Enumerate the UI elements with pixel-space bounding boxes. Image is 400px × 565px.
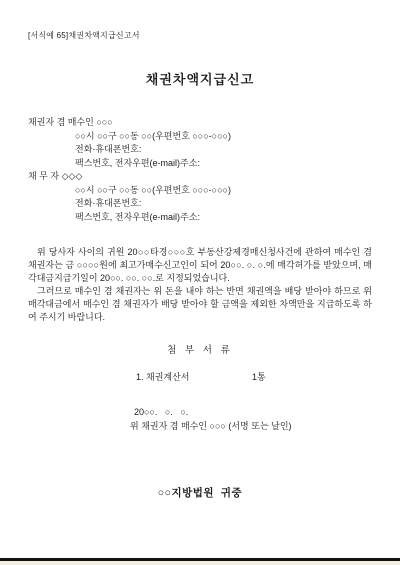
scanned-page-bottom-edge: [0, 558, 400, 565]
form-number-note: [서식예 65]채권차액지급신고서: [28, 30, 372, 41]
document-title: 채권차액지급신고: [28, 69, 372, 88]
party-role-line: 채 무 자 ◇◇◇: [28, 170, 372, 184]
court-addressee: ○○지방법원 귀중: [28, 485, 372, 500]
closing-section: 20○○. ○. ○. 위 채권자 겸 매수인 ○○○ (서명 또는 날인): [28, 405, 372, 433]
party-phone-line: 전화·휴대폰번호:: [75, 143, 372, 157]
party-phone-line: 전화·휴대폰번호:: [75, 197, 372, 211]
party-address: ○○시 ○○구 ○○동 ○○(우편번호 ○○○-○○○): [75, 184, 372, 198]
closing-signer: 위 채권자 겸 매수인 ○○○ (서명 또는 날인): [130, 419, 372, 433]
attachment-count: 1통: [252, 372, 266, 382]
attachment-item: 1. 채권계산서1통: [136, 370, 372, 383]
document-page: [서식예 65]채권차액지급신고서 채권차액지급신고 채권자 겸 매수인 ○○○…: [0, 0, 400, 565]
party-debtor: 채 무 자 ◇◇◇ ○○시 ○○구 ○○동 ○○(우편번호 ○○○-○○○) 전…: [28, 170, 372, 224]
party-role: 채권자 겸 매수인: [28, 117, 94, 127]
party-fax-email-line: 팩스번호, 전자우편(e-mail)주소:: [75, 157, 372, 171]
party-role-line: 채권자 겸 매수인 ○○○: [28, 116, 372, 130]
party-address: ○○시 ○○구 ○○동 ○○(우편번호 ○○○-○○○): [75, 130, 372, 144]
parties-section: 채권자 겸 매수인 ○○○ ○○시 ○○구 ○○동 ○○(우편번호 ○○○-○○…: [28, 116, 372, 224]
party-creditor-buyer: 채권자 겸 매수인 ○○○ ○○시 ○○구 ○○동 ○○(우편번호 ○○○-○○…: [28, 116, 372, 170]
attachment-label: 1. 채권계산서: [136, 370, 252, 383]
body-paragraph-1: 위 당사자 사이의 귀원 20○○타경○○○호 부동산강제경매신청사건에 관하여…: [28, 246, 372, 285]
attachments-section: 첨 부 서 류 1. 채권계산서1통: [28, 342, 372, 383]
attachments-heading: 첨 부 서 류: [28, 342, 372, 356]
closing-date: 20○○. ○. ○.: [134, 405, 372, 419]
party-name: ◇◇◇: [62, 171, 83, 181]
party-name: ○○○: [96, 117, 112, 127]
body-section: 위 당사자 사이의 귀원 20○○타경○○○호 부동산강제경매신청사건에 관하여…: [28, 246, 372, 324]
party-fax-email-line: 팩스번호, 전자우편(e-mail)주소:: [75, 211, 372, 225]
document-content: [서식예 65]채권차액지급신고서 채권차액지급신고 채권자 겸 매수인 ○○○…: [0, 0, 400, 500]
party-role: 채 무 자: [28, 171, 59, 181]
body-paragraph-2: 그러므로 매수인 겸 채권자는 위 돈을 내야 하는 반면 채권액을 배당 받아…: [28, 285, 372, 324]
